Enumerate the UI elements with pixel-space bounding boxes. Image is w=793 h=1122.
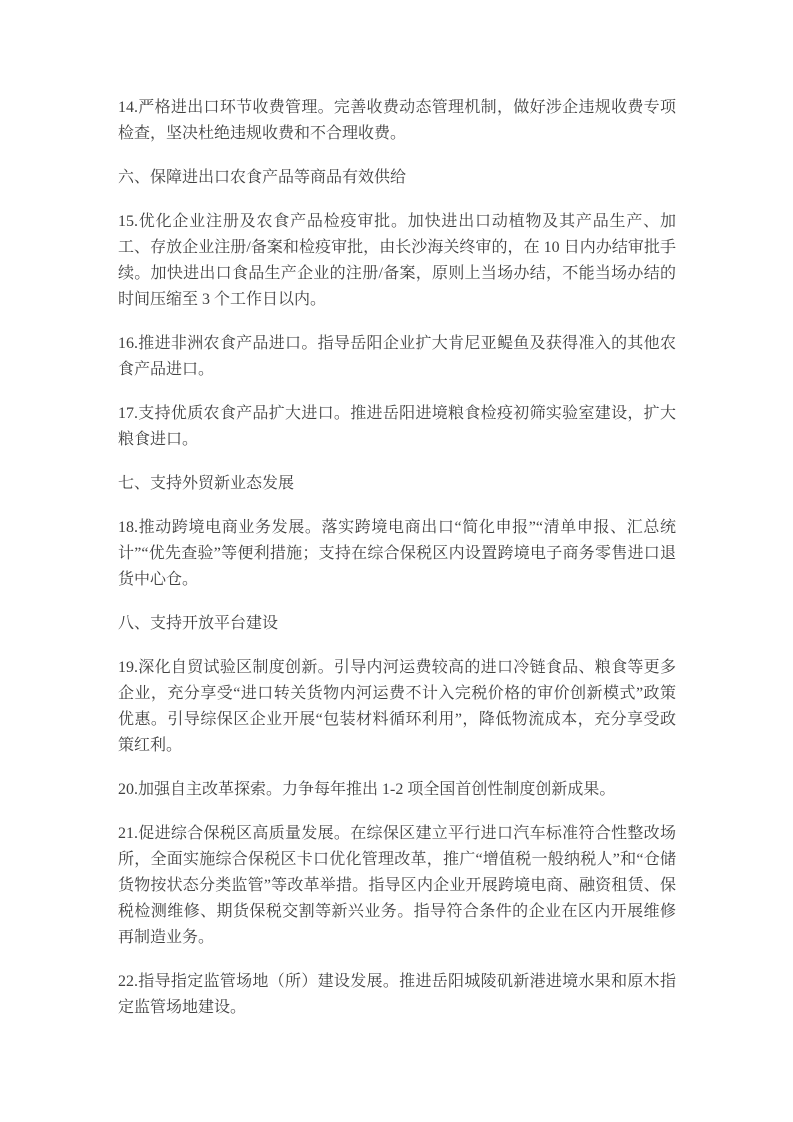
paragraph-item-22: 22.指导指定监管场地（所）建设发展。推进岳阳城陵矶新港进境水果和原木指定监管场… bbox=[118, 969, 676, 1021]
paragraph-item-14: 14.严格进出口环节收费管理。完善收费动态管理机制，做好涉企违规收费专项检查，坚… bbox=[118, 95, 676, 147]
section-heading-7: 七、支持外贸新业态发展 bbox=[118, 471, 676, 497]
document-content: 14.严格进出口环节收费管理。完善收费动态管理机制，做好涉企违规收费专项检查，坚… bbox=[118, 95, 676, 1021]
section-heading-6: 六、保障进出口农食产品等商品有效供给 bbox=[118, 165, 676, 191]
paragraph-item-16: 16.推进非洲农食产品进口。指导岳阳企业扩大肯尼亚鳀鱼及获得准入的其他农食产品进… bbox=[118, 331, 676, 383]
paragraph-item-18: 18.推动跨境电商业务发展。落实跨境电商出口“简化申报”“清单申报、汇总统计”“… bbox=[118, 515, 676, 593]
section-heading-8: 八、支持开放平台建设 bbox=[118, 611, 676, 637]
document-page: 14.严格进出口环节收费管理。完善收费动态管理机制，做好涉企违规收费专项检查，坚… bbox=[0, 0, 793, 1122]
paragraph-item-19: 19.深化自贸试验区制度创新。引导内河运费较高的进口冷链食品、粮食等更多企业，充… bbox=[118, 655, 676, 759]
paragraph-item-15: 15.优化企业注册及农食产品检疫审批。加快进出口动植物及其产品生产、加工、存放企… bbox=[118, 209, 676, 313]
paragraph-item-21: 21.促进综合保税区高质量发展。在综保区建立平行进口汽车标准符合性整改场所，全面… bbox=[118, 821, 676, 951]
paragraph-item-17: 17.支持优质农食产品扩大进口。推进岳阳进境粮食检疫初筛实验室建设，扩大粮食进口… bbox=[118, 401, 676, 453]
paragraph-item-20: 20.加强自主改革探索。力争每年推出 1-2 项全国首创性制度创新成果。 bbox=[118, 777, 676, 803]
